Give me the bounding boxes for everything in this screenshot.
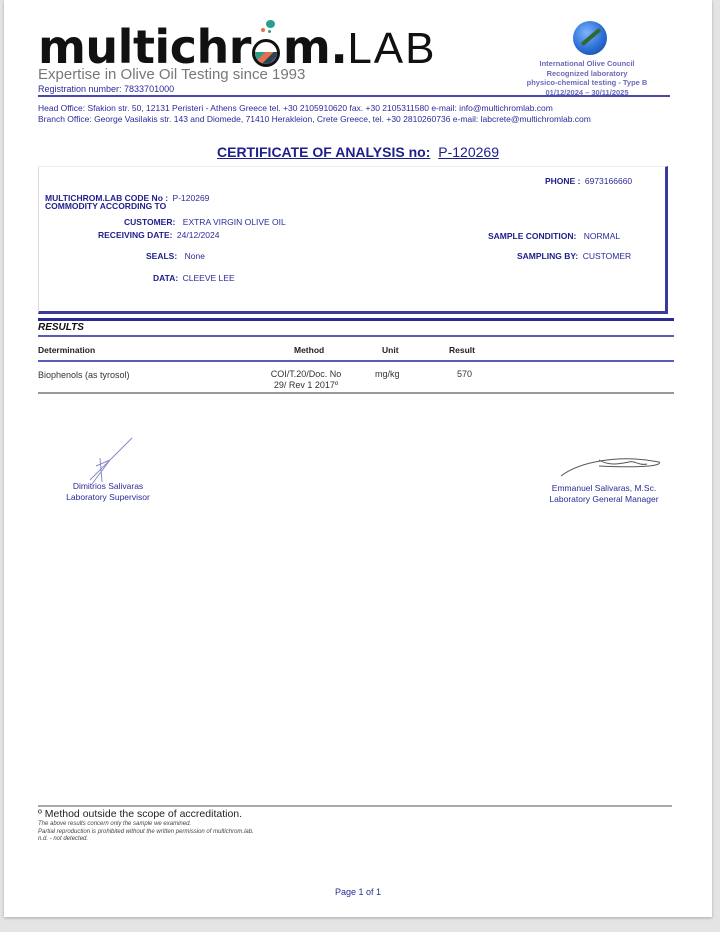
page-number: Page 1 of 1 <box>4 887 712 897</box>
cell-result: 570 <box>457 369 472 379</box>
accreditation-note: º Method outside the scope of accreditat… <box>38 808 242 820</box>
code-value: P-120269 <box>173 193 210 203</box>
manager-block: Emmanuel Salivaras, M.Sc. Laboratory Gen… <box>534 483 674 505</box>
column-header-result: Result <box>449 345 475 355</box>
sample-condition-field: SAMPLE CONDITION: NORMAL <box>488 226 620 244</box>
cell-determination: Biophenols (as tyrosol) <box>38 370 130 380</box>
method-line: COI/T.20/Doc. No <box>256 369 356 380</box>
ioc-line: physico-chemical testing - Type B <box>512 78 662 88</box>
results-bottom-rule <box>38 392 674 394</box>
tagline: Expertise in Olive Oil Testing since 199… <box>38 66 305 83</box>
certificate-title-label: CERTIFICATE OF ANALYSIS no: <box>217 144 430 160</box>
results-heading: RESULTS <box>38 322 84 333</box>
ioc-line: Recognized laboratory <box>512 69 662 79</box>
receiving-date-value: 24/12/2024 <box>177 230 220 240</box>
ioc-accreditation: International Olive Council Recognized l… <box>512 59 662 97</box>
phone-value: 6973166660 <box>585 176 632 186</box>
footer-notes: The above results concern only the sampl… <box>38 821 254 844</box>
document-page: multichrm.LAB Expertise in Olive Oil Tes… <box>4 0 712 917</box>
logo-lab: LAB <box>347 24 436 73</box>
seals-value: None <box>185 251 205 261</box>
seals-field: SEALS: None <box>146 246 205 264</box>
footer-note: The above results concern only the sampl… <box>38 821 254 829</box>
sample-condition-label: SAMPLE CONDITION: <box>488 231 576 241</box>
data-label: DATA: <box>153 273 178 283</box>
head-office: Head Office: Sfakion str. 50, 12131 Peri… <box>38 103 591 114</box>
sample-condition-value: NORMAL <box>584 231 620 241</box>
manager-signature <box>559 452 665 480</box>
ioc-line: International Olive Council <box>512 59 662 69</box>
receiving-date-field: RECEIVING DATE: 24/12/2024 <box>98 225 219 243</box>
flask-icon <box>252 36 282 66</box>
certificate-number: P-120269 <box>438 144 499 160</box>
cell-unit: mg/kg <box>375 369 400 379</box>
sampling-label: SAMPLING BY: <box>517 251 578 261</box>
registration-number: Registration number: 7833701000 <box>38 84 174 94</box>
certificate-title: CERTIFICATE OF ANALYSIS no: P-120269 <box>4 144 712 160</box>
supervisor-title: Laboratory Supervisor <box>38 492 178 503</box>
commodity-label: COMMODITY ACCORDING TO <box>45 201 166 211</box>
column-header-determination: Determination <box>38 345 95 355</box>
data-field: DATA: CLEEVE LEE <box>153 268 235 286</box>
cell-method: COI/T.20/Doc. No 29/ Rev 1 2017º <box>256 369 356 391</box>
method-line: 29/ Rev 1 2017º <box>256 380 356 391</box>
footer-note: n.d. - not detected. <box>38 836 254 844</box>
seals-label: SEALS: <box>146 251 177 261</box>
phone-field: PHONE : 6973166660 <box>545 171 632 189</box>
sampling-field: SAMPLING BY: CUSTOMER <box>517 246 631 264</box>
manager-title: Laboratory General Manager <box>534 494 674 505</box>
office-addresses: Head Office: Sfakion str. 50, 12131 Peri… <box>38 103 591 125</box>
header-divider <box>38 95 670 97</box>
results-top-rule <box>38 318 674 321</box>
supervisor-block: Dimitrios Salivaras Laboratory Superviso… <box>38 481 178 503</box>
supervisor-name: Dimitrios Salivaras <box>38 481 178 492</box>
branch-office: Branch Office: George Vasilakis str. 143… <box>38 114 591 125</box>
results-header-rule <box>38 335 674 337</box>
data-value: CLEEVE LEE <box>183 273 235 283</box>
column-header-unit: Unit <box>382 345 399 355</box>
receiving-date-label: RECEIVING DATE: <box>98 230 172 240</box>
ioc-globe-icon <box>573 21 607 55</box>
results-column-rule <box>38 360 674 362</box>
sampling-value: CUSTOMER <box>583 251 632 261</box>
footer-note: Partial reproduction is prohibited witho… <box>38 829 254 837</box>
phone-label: PHONE : <box>545 176 580 186</box>
column-header-method: Method <box>294 345 324 355</box>
manager-name: Emmanuel Salivaras, M.Sc. <box>534 483 674 494</box>
footer-rule <box>38 805 672 807</box>
